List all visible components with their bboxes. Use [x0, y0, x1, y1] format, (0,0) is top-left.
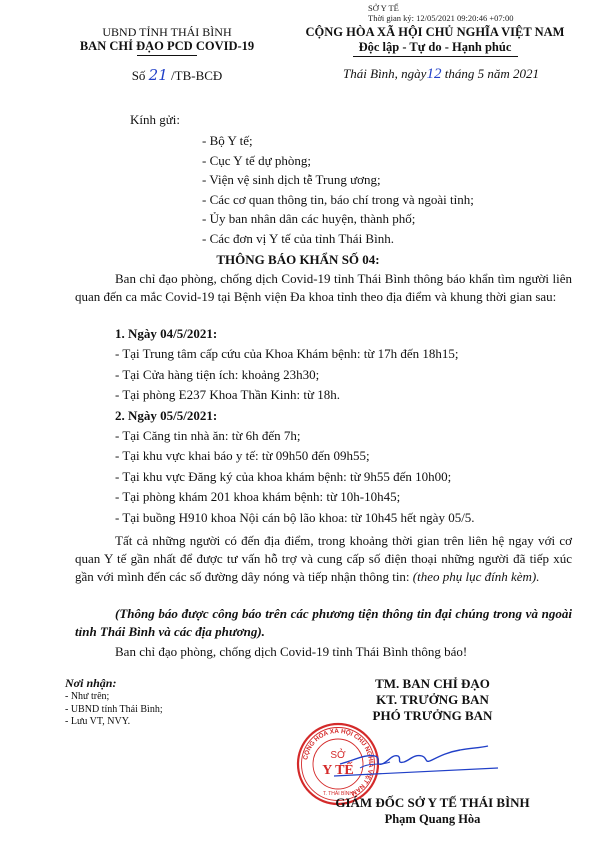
document-number: Số 21 /TB-BCĐ [82, 66, 272, 84]
schedule-item: - Tại khu vực khai báo y tế: từ 09h50 đế… [115, 446, 475, 466]
receiver-item: - Như trên; [65, 691, 163, 704]
instruction-paragraph: Tất cả những người có đến địa điểm, tron… [75, 532, 572, 586]
signature-authority-block: TM. BAN CHỈ ĐẠO KT. TRƯỞNG BAN PHÓ TRƯỞN… [320, 676, 545, 724]
signature-line-1: TM. BAN CHỈ ĐẠO [320, 676, 545, 692]
publication-note: (Thông báo được công báo trên các phương… [75, 605, 572, 641]
issuing-authority-header: UBND TỈNH THÁI BÌNH BAN CHỈ ĐẠO PCD COVI… [62, 25, 272, 56]
recipient-item: - Ủy ban nhân dân các huyện, thành phố; [202, 209, 474, 229]
schedule-item: - Tại khu vực Đăng ký của khoa khám bệnh… [115, 467, 475, 487]
doc-number-handwritten: 21 [149, 66, 168, 84]
header-right-rule [353, 56, 518, 57]
schedule-day-heading: 2. Ngày 05/5/2021: [115, 406, 475, 426]
signature-line-2: KT. TRƯỞNG BAN [320, 692, 545, 708]
place-and-date: Thái Bình, ngày12 tháng 5 năm 2021 [296, 66, 586, 83]
handwritten-signature-icon [330, 740, 500, 780]
place-date-handwritten-day: 12 [426, 66, 441, 82]
header-left-rule [137, 55, 197, 56]
recipients-list: - Bộ Y tế; - Cục Y tế dự phòng; - Viện v… [202, 131, 474, 248]
closing-statement: Ban chỉ đạo phòng, chống dịch Covid-19 t… [75, 643, 572, 661]
receivers-heading: Nơi nhận: [65, 676, 163, 691]
recipient-item: - Các cơ quan thông tin, báo chí trong v… [202, 190, 474, 210]
recipient-item: - Các đơn vị Y tế của tỉnh Thái Bình. [202, 229, 474, 249]
instruction-appendix-note: (theo phụ lục đính kèm). [413, 569, 540, 584]
recipient-item: - Cục Y tế dự phòng; [202, 151, 474, 171]
digital-signature-info: SỞ Y TẾ Thời gian ký: 12/05/2021 09:20:4… [368, 0, 514, 23]
schedule-item: - Tại phòng E237 Khoa Thần Kinh: từ 18h. [115, 385, 475, 405]
steering-committee: BAN CHỈ ĐẠO PCD COVID-19 [62, 39, 272, 54]
receivers-block: Nơi nhận: - Như trên; - UBND tỉnh Thái B… [65, 676, 163, 729]
schedule-item: - Tại Trung tâm cấp cứu của Khoa Khám bệ… [115, 344, 475, 364]
digital-signature-time: Thời gian ký: 12/05/2021 09:20:46 +07:00 [368, 13, 514, 23]
national-motto-header: CỘNG HÒA XÃ HỘI CHỦ NGHĨA VIỆT NAM Độc l… [285, 25, 585, 57]
place-date-suffix: tháng 5 năm 2021 [445, 66, 539, 81]
doc-number-suffix: /TB-BCĐ [171, 68, 222, 83]
schedule-item: - Tại buồng H910 khoa Nội cán bộ lão kho… [115, 508, 475, 528]
signer-name: Phạm Quang Hòa [300, 812, 565, 827]
digital-signature-org: SỞ Y TẾ [368, 3, 514, 13]
country-name: CỘNG HÒA XÃ HỘI CHỦ NGHĨA VIỆT NAM [285, 25, 585, 40]
province-committee: UBND TỈNH THÁI BÌNH [62, 25, 272, 39]
national-motto: Độc lập - Tự do - Hạnh phúc [285, 40, 585, 55]
place-date-prefix: Thái Bình, ngày [343, 66, 426, 81]
receiver-item: - UBND tỉnh Thái Bình; [65, 704, 163, 717]
signer-title: GIÁM ĐỐC SỞ Y TẾ THÁI BÌNH [300, 795, 565, 811]
schedule-day-1: 1. Ngày 04/5/2021: - Tại Trung tâm cấp c… [115, 324, 475, 528]
recipient-item: - Bộ Y tế; [202, 131, 474, 151]
doc-number-prefix: Số [132, 68, 146, 83]
salutation: Kính gửi: [130, 112, 180, 128]
notice-title: THÔNG BÁO KHẨN SỐ 04: [60, 252, 536, 268]
intro-paragraph: Ban chỉ đạo phòng, chống dịch Covid-19 t… [75, 270, 572, 306]
schedule-item: - Tại phòng khám 201 khoa khám bệnh: từ … [115, 487, 475, 507]
receiver-item: - Lưu VT, NVY. [65, 716, 163, 729]
schedule-item: - Tại Cửa hàng tiện ích: khoảng 23h30; [115, 365, 475, 385]
schedule-item: - Tại Căng tin nhà ăn: từ 6h đến 7h; [115, 426, 475, 446]
recipient-item: - Viện vệ sinh dịch tễ Trung ương; [202, 170, 474, 190]
schedule-day-heading: 1. Ngày 04/5/2021: [115, 324, 475, 344]
